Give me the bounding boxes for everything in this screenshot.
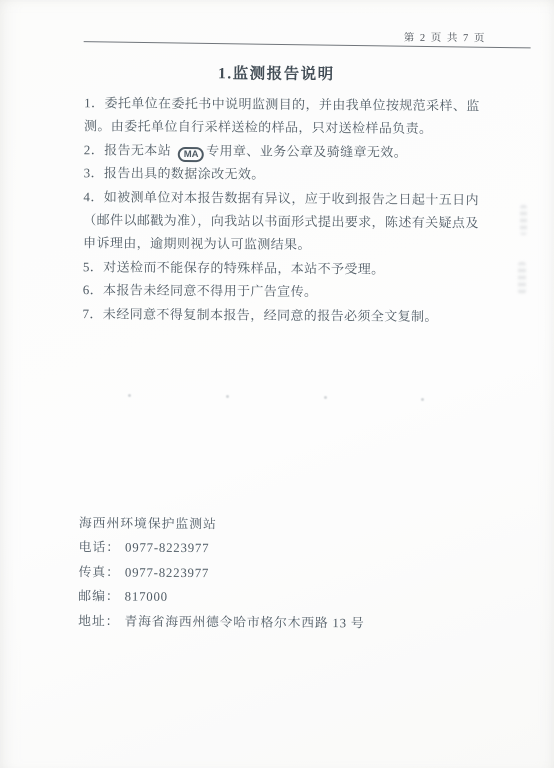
notice-list: 1．委托单位在委托书中说明监测目的，并由我单位按规范采样、监 测。由委托单位自行… [82,91,544,329]
page-title: 1.监测报告说明 [0,60,554,86]
notice-item-6: 6．本报告未经同意不得用于广告宣传。 [83,278,543,305]
scan-speck [128,394,131,397]
contact-fax: 传真：0977-8223977 [78,560,365,587]
scanned-report-page: 第 2 页 共 7 页 1.监测报告说明 1．委托单位在委托书中说明监测目的，并… [0,0,554,768]
address-label: 地址： [78,614,119,628]
fax-label: 传真： [78,565,119,579]
notice-item-7: 7．未经同意不得复制本报告，经同意的报告必须全文复制。 [82,302,542,329]
page-number: 第 2 页 共 7 页 [404,30,486,46]
address-value: 青海省海西州德令哈市格尔木西路 13 号 [124,614,364,630]
notice-item-1: 1．委托单位在委托书中说明监测目的，并由我单位按规范采样、监 测。由委托单位自行… [84,91,544,141]
contact-phone: 电话：0977-8223977 [79,536,366,563]
notice-item-4: 4．如被测单位对本报告数据有异议，应于收到报告之日起十五日内 （邮件以邮戳为准）… [83,185,544,259]
scan-bleedthrough-mark [518,262,526,294]
scan-speck [421,398,424,401]
scan-speck [226,395,229,398]
phone-value: 0977-8223977 [125,541,209,556]
notice-item-3: 3．报告出具的数据涂改无效。 [84,161,544,188]
scan-bleedthrough-mark [520,205,527,235]
zip-label: 邮编： [78,589,119,603]
zip-value: 817000 [125,590,168,604]
cma-accreditation-icon: MA [178,147,204,162]
page-content: 第 2 页 共 7 页 1.监测报告说明 1．委托单位在委托书中说明监测目的，并… [0,0,554,768]
notice-item-2-after: 专用章、业务公章及骑缝章无效。 [206,143,407,160]
contact-zip: 邮编：817000 [78,584,365,611]
scan-speck [324,396,327,399]
phone-label: 电话： [79,541,120,555]
notice-item-2-before: 2．报告无本站 [84,142,171,158]
contact-address: 地址：青海省海西州德令哈市格尔木西路 13 号 [78,609,365,636]
organization-name: 海西州环境保护监测站 [79,511,366,538]
fax-value: 0977-8223977 [125,565,209,580]
contact-block: 海西州环境保护监测站 电话：0977-8223977 传真：0977-82239… [78,511,365,635]
